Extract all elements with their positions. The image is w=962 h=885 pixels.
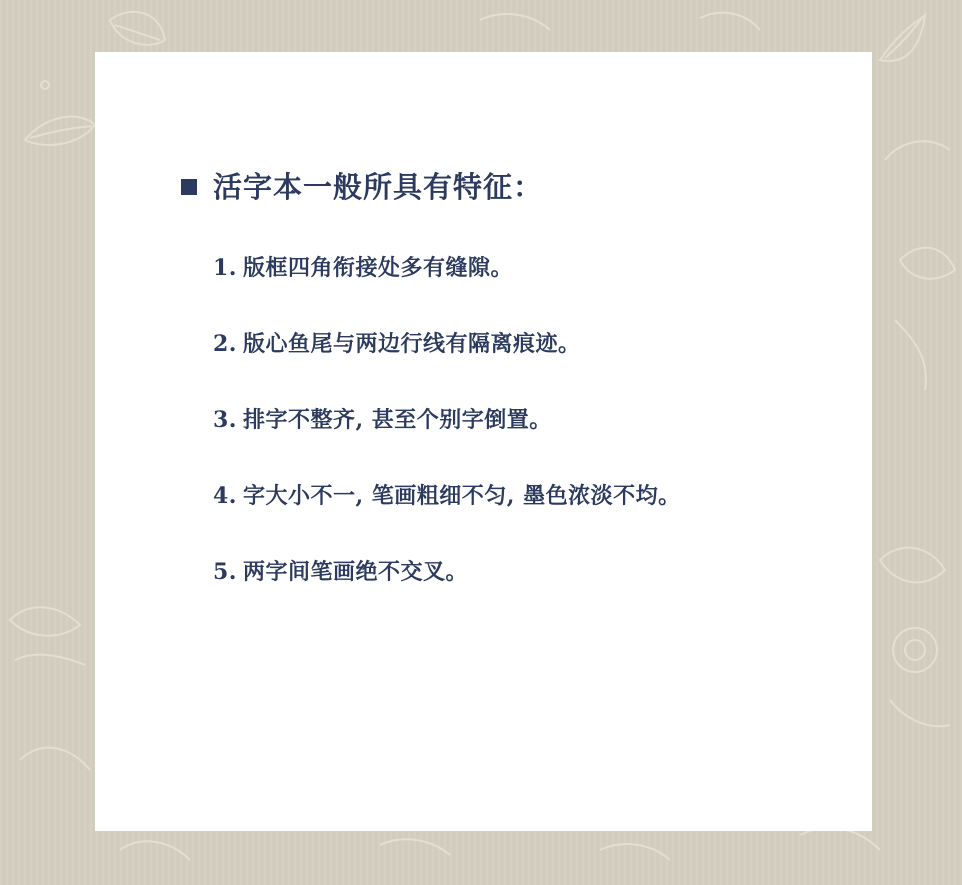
item-number: 1. <box>213 255 237 281</box>
item-text: 排字不整齐, 甚至个别字倒置。 <box>243 407 552 433</box>
item-text: 两字间笔画绝不交叉。 <box>243 559 468 585</box>
item-number: 4. <box>213 483 237 509</box>
list-item: 4.字大小不一, 笔画粗细不匀, 墨色浓淡不均。 <box>213 480 681 556</box>
item-number: 5. <box>213 559 237 585</box>
list-item: 3.排字不整齐, 甚至个别字倒置。 <box>213 404 681 480</box>
item-text: 版框四角衔接处多有缝隙。 <box>243 255 513 281</box>
item-number: 2. <box>213 331 237 357</box>
section-heading: 活字本一般所具有特征： <box>181 165 543 206</box>
square-bullet-icon <box>181 179 197 195</box>
list-item: 2.版心鱼尾与两边行线有隔离痕迹。 <box>213 328 681 404</box>
item-text: 字大小不一, 笔画粗细不匀, 墨色浓淡不均。 <box>243 483 681 509</box>
heading-title: 活字本一般所具有特征： <box>213 165 543 206</box>
content-card: 活字本一般所具有特征： 1.版框四角衔接处多有缝隙。 2.版心鱼尾与两边行线有隔… <box>95 52 872 831</box>
feature-list: 1.版框四角衔接处多有缝隙。 2.版心鱼尾与两边行线有隔离痕迹。 3.排字不整齐… <box>213 252 681 632</box>
list-item: 5.两字间笔画绝不交叉。 <box>213 556 681 632</box>
list-item: 1.版框四角衔接处多有缝隙。 <box>213 252 681 328</box>
item-text: 版心鱼尾与两边行线有隔离痕迹。 <box>243 331 581 357</box>
item-number: 3. <box>213 407 237 433</box>
